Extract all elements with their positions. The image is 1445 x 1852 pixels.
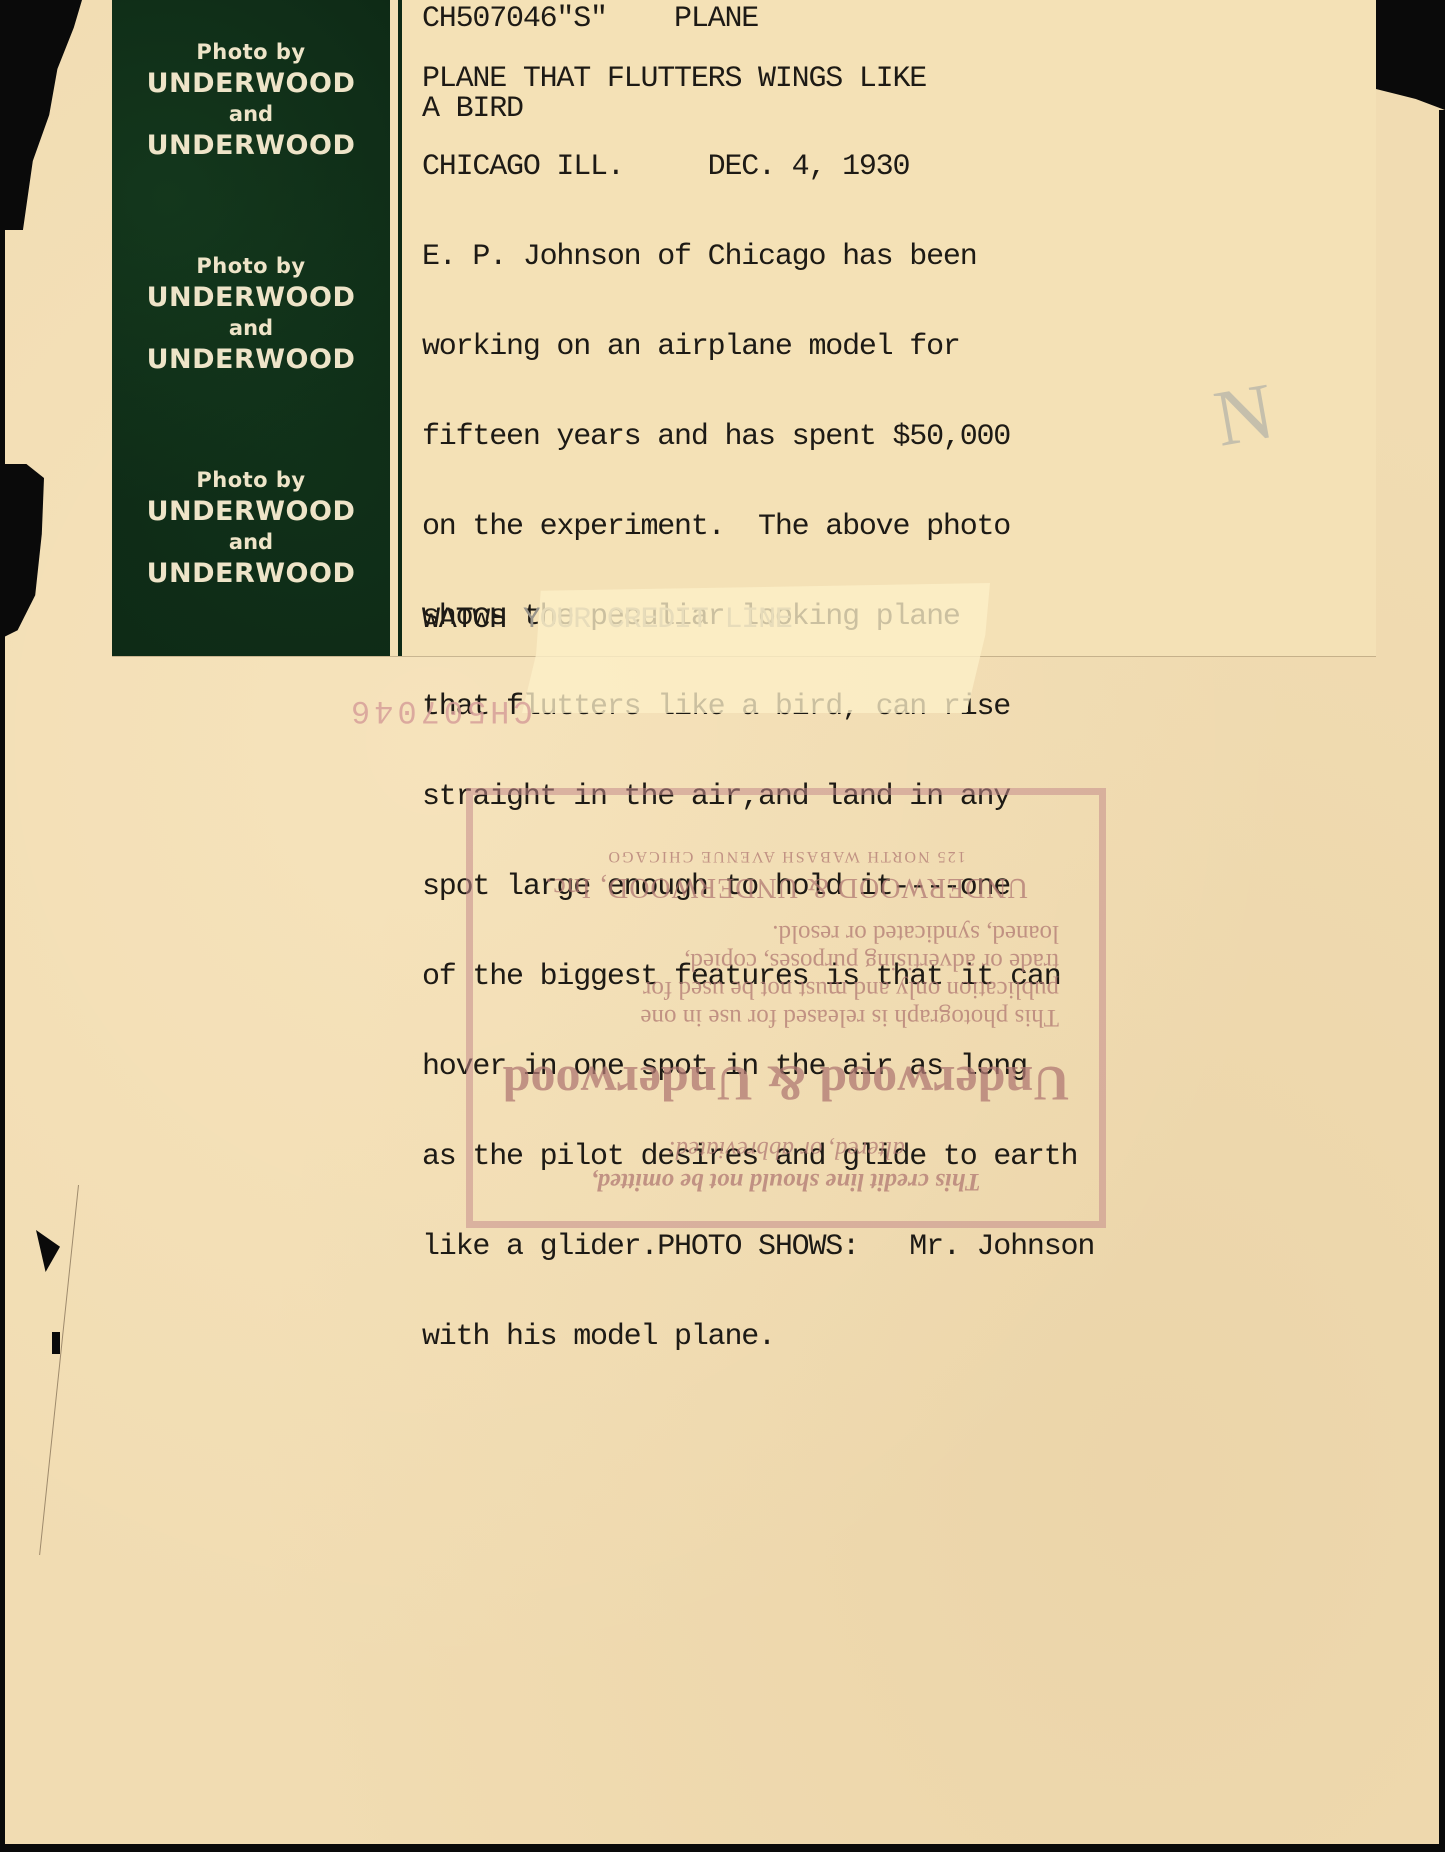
body-line: working on an airplane model for [422, 332, 1094, 362]
credit-and: and [112, 318, 390, 339]
credit-photo-by: Photo by [112, 42, 390, 63]
credit-photo-by: Photo by [112, 256, 390, 277]
credit-underwood: UNDERWOOD [112, 498, 390, 525]
body-line: E. P. Johnson of Chicago has been [422, 242, 1094, 272]
place-date: CHICAGO ILL. DEC. 4, 1930 [422, 152, 909, 182]
catalog-code: CH507046"S" PLANE [422, 4, 758, 34]
tear-notch-small [52, 1332, 60, 1354]
scan-background-bottom [0, 1844, 1445, 1852]
credit-photo-by: Photo by [112, 470, 390, 491]
credit-block: Photo by UNDERWOOD and UNDERWOOD [112, 42, 390, 166]
body-line: like a glider.PHOTO SHOWS: Mr. Johnson [422, 1232, 1094, 1262]
divider-rule [398, 0, 402, 656]
stamp-address: 125 NORTH WABASH AVENUE CHICAGO [473, 847, 1099, 865]
credit-underwood: UNDERWOOD [112, 560, 390, 587]
stamp-warning: This credit line should not be omitted, [473, 1167, 1099, 1195]
credit-underwood: UNDERWOOD [112, 284, 390, 311]
serial-number-stamp: CH507046 [347, 692, 533, 729]
notice-line: This photograph is released for use in o… [513, 1003, 1059, 1031]
notice-line: trade or advertising purposes, copied, [513, 947, 1059, 975]
credit-underwood: UNDERWOOD [112, 132, 390, 159]
divider-gap [390, 0, 398, 656]
body-line: fifteen years and has spent $50,000 [422, 422, 1094, 452]
rubber-stamp: This credit line should not be omitted, … [466, 788, 1106, 1228]
scan-background-right [1439, 110, 1445, 1852]
stamp-brand: Underwood & Underwood [473, 1055, 1099, 1113]
notice-line: loaned, syndicated or resold. [513, 919, 1059, 947]
scan-background-left [0, 0, 5, 1852]
credit-reminder-prefix: WATCH [422, 603, 523, 637]
body-line: on the experiment. The above photo [422, 512, 1094, 542]
credit-underwood: UNDERWOOD [112, 346, 390, 373]
torn-corner-top-left [0, 0, 82, 230]
credit-band: Photo by UNDERWOOD and UNDERWOOD Photo b… [112, 0, 390, 656]
credit-underwood: UNDERWOOD [112, 70, 390, 97]
stamp-company: UNDERWOOD & UNDERWOOD, Inc. [473, 871, 1099, 903]
caption-sheet: Photo by UNDERWOOD and UNDERWOOD Photo b… [112, 0, 1376, 656]
adhesive-tape [522, 583, 990, 713]
credit-block: Photo by UNDERWOOD and UNDERWOOD [112, 256, 390, 380]
photo-back-card: Photo by UNDERWOOD and UNDERWOOD Photo b… [0, 0, 1445, 1852]
stamp-warning-continued: altered, or abbreviated: [473, 1135, 1099, 1163]
stamp-notice: This photograph is released for use in o… [513, 919, 1059, 1031]
notice-line: publication only and must not be used fo… [513, 975, 1059, 1003]
torn-notch-left [0, 464, 44, 639]
credit-block: Photo by UNDERWOOD and UNDERWOOD [112, 470, 390, 594]
headline: PLANE THAT FLUTTERS WINGS LIKE A BIRD [422, 64, 926, 124]
credit-and: and [112, 104, 390, 125]
body-line: with his model plane. [422, 1322, 1094, 1352]
credit-and: and [112, 532, 390, 553]
torn-corner-top-right [1372, 0, 1445, 110]
